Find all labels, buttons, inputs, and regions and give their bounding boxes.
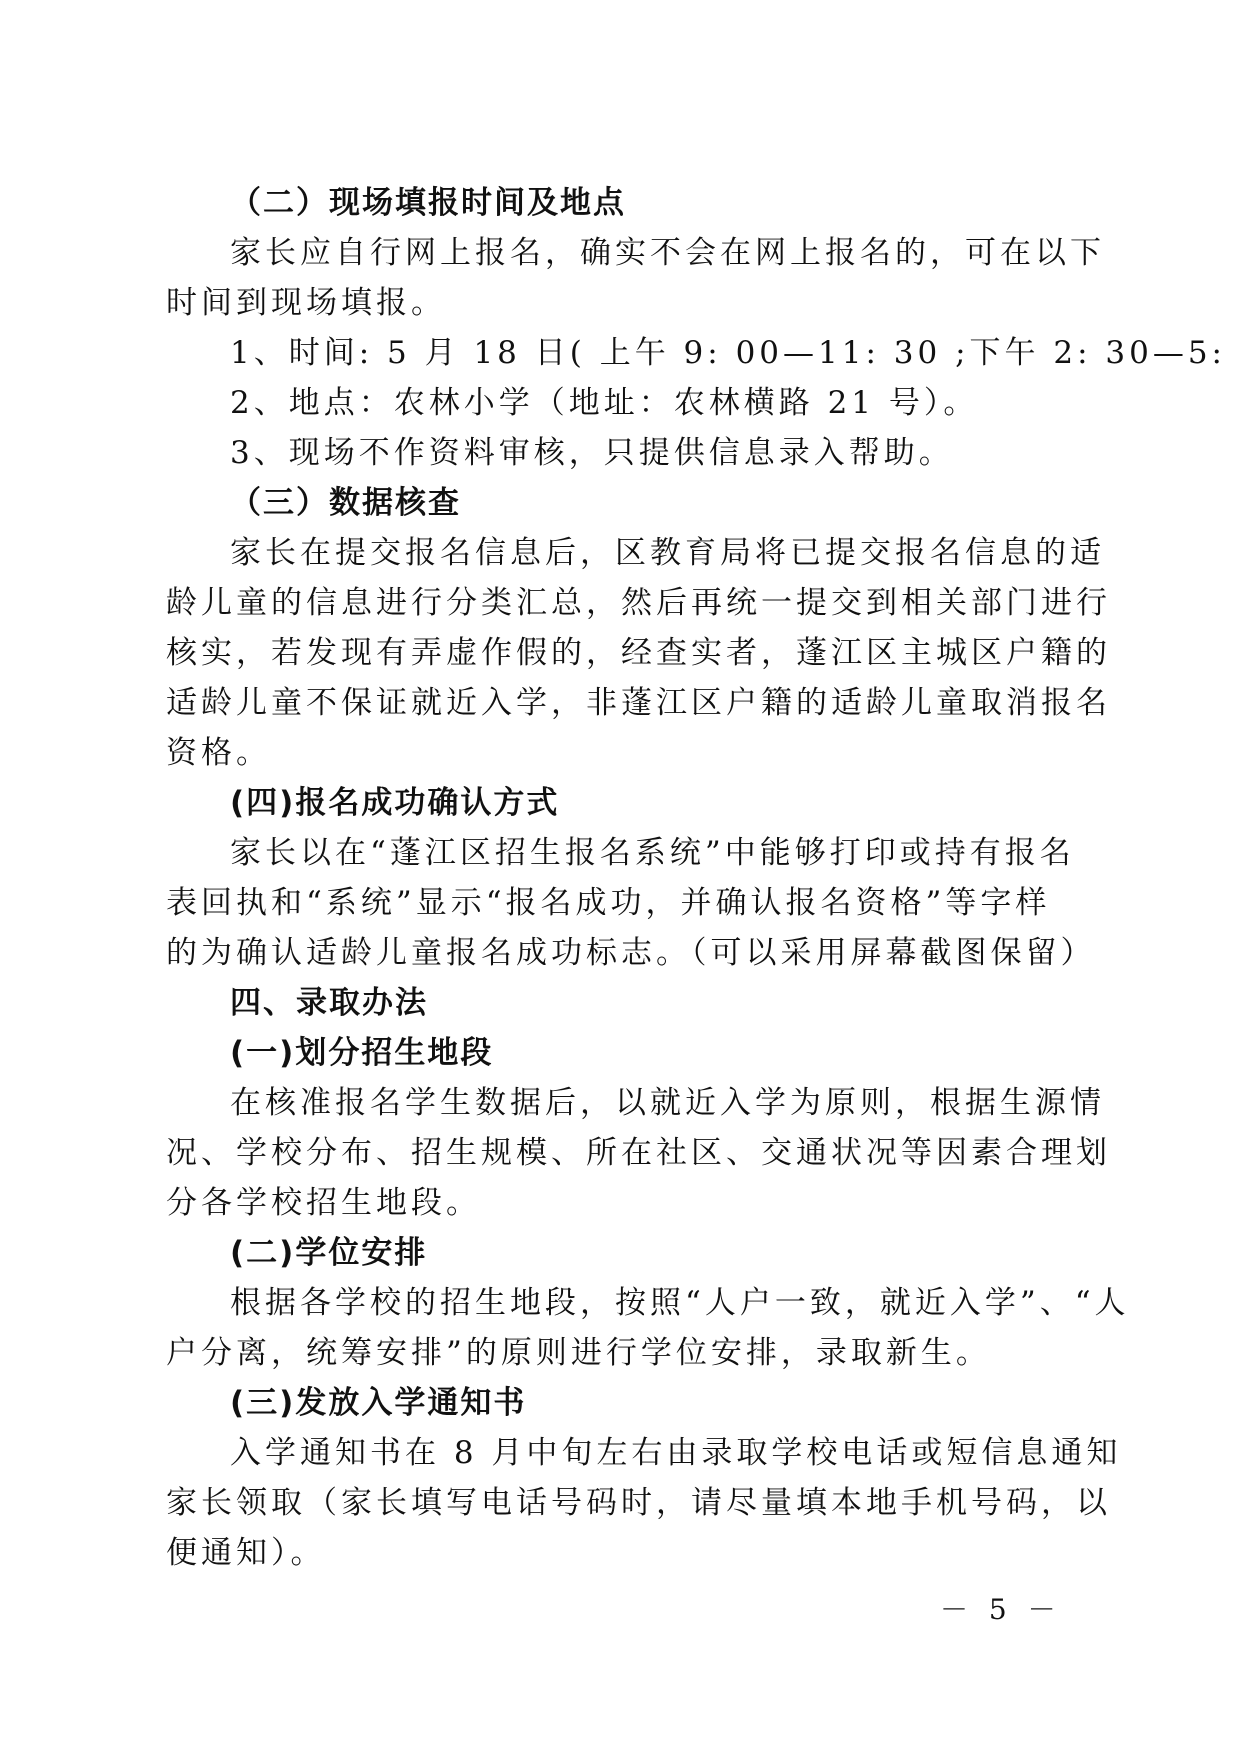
- paragraph-line: 家长应自行网上报名，确实不会在网上报名的，可在以下: [166, 228, 1066, 278]
- list-item-note: 3、现场不作资料审核，只提供信息录入帮助。: [166, 428, 1066, 478]
- paragraph-line: 分各学校招生地段。: [166, 1178, 1066, 1228]
- section-heading-confirmation: (四)报名成功确认方式: [166, 778, 1066, 828]
- paragraph-line: 户分离，统筹安排”的原则进行学位安排，录取新生。: [166, 1328, 1066, 1378]
- paragraph-line: 家长在提交报名信息后，区教育局将已提交报名信息的适: [166, 528, 1066, 578]
- document-page: （二）现场填报时间及地点 家长应自行网上报名，确实不会在网上报名的，可在以下 时…: [166, 178, 1066, 1578]
- paragraph-line: 资格。: [166, 728, 1066, 778]
- paragraph-line: 在核准报名学生数据后，以就近入学为原则，根据生源情: [166, 1078, 1066, 1128]
- paragraph-line: 况、学校分布、招生规模、所在社区、交通状况等因素合理划: [166, 1128, 1066, 1178]
- paragraph-line: 便通知）。: [166, 1528, 1066, 1578]
- paragraph-line: 适龄儿童不保证就近入学，非蓬江区户籍的适龄儿童取消报名: [166, 678, 1066, 728]
- section-heading-placement: (二)学位安排: [166, 1228, 1066, 1278]
- section-heading-onsite-registration: （二）现场填报时间及地点: [166, 178, 1066, 228]
- paragraph-line: 时间到现场填报。: [166, 278, 1066, 328]
- paragraph-line: 核实，若发现有弄虚作假的，经查实者，蓬江区主城区户籍的: [166, 628, 1066, 678]
- page-number: － 5 －: [940, 1588, 1062, 1628]
- paragraph-line: 的为确认适龄儿童报名成功标志。（可以采用屏幕截图保留）: [166, 928, 1066, 978]
- paragraph-line: 家长领取（家长填写电话号码时，请尽量填本地手机号码，以: [166, 1478, 1066, 1528]
- section-heading-admission-method: 四、录取办法: [166, 978, 1066, 1028]
- paragraph-line: 入学通知书在 8 月中旬左右由录取学校电话或短信息通知: [166, 1428, 1066, 1478]
- paragraph-line: 家长以在“蓬江区招生报名系统”中能够打印或持有报名: [166, 828, 1066, 878]
- paragraph-line: 表回执和“系统”显示“报名成功，并确认报名资格”等字样: [166, 878, 1066, 928]
- paragraph-line: 龄儿童的信息进行分类汇总，然后再统一提交到相关部门进行: [166, 578, 1066, 628]
- section-heading-data-check: （三）数据核查: [166, 478, 1066, 528]
- section-heading-enrollment-zones: (一)划分招生地段: [166, 1028, 1066, 1078]
- list-item-location: 2、地点：农林小学（地址：农林横路 21 号）。: [166, 378, 1066, 428]
- section-heading-admission-notice: (三)发放入学通知书: [166, 1378, 1066, 1428]
- list-item-time: 1、时间: 5 月 18 日( 上午 9: 00—11: 30 ;下午 2: 3…: [166, 328, 1066, 378]
- paragraph-line: 根据各学校的招生地段，按照“人户一致，就近入学”、“人: [166, 1278, 1066, 1328]
